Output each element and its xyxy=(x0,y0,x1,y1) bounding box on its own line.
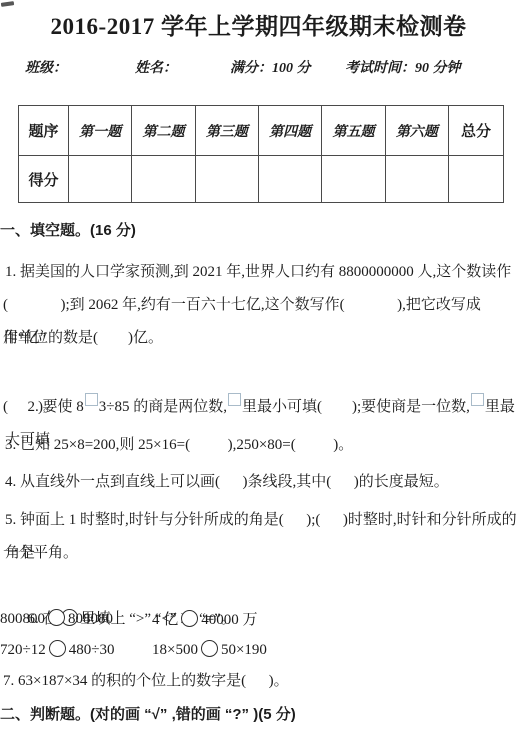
score-table-header-q1: 第一题 xyxy=(69,106,132,156)
name-label: 姓名： xyxy=(135,57,230,77)
page-title: 2016-2017 学年上学期四年级期末检测卷 xyxy=(0,8,517,41)
full-score-label: 满分：100 分 xyxy=(230,57,345,77)
exam-info-row: 班级： 姓名： 满分：100 分 考试时间：90 分钟 xyxy=(25,57,517,77)
score-table-header-row: 题序 第一题 第二题 第三题 第四题 第五题 第六题 总分 xyxy=(19,106,504,156)
score-table-header-q2: 第二题 xyxy=(132,106,195,156)
score-table-score-row: 得分 xyxy=(19,156,504,203)
compare-circle xyxy=(49,640,66,657)
question-5-line-1: 5. 钟面上 1 时整时,时针与分针所成的角是( );( )时整时,时针和分针所… xyxy=(5,504,517,537)
exam-time-label: 考试时间：90 分钟 xyxy=(345,57,461,77)
score-cell xyxy=(69,156,132,203)
comparison-left: 800800 xyxy=(0,611,45,627)
comparison-row-2: 720÷12480÷30 18×50050×190 xyxy=(0,634,517,665)
score-table-header-q3: 第三题 xyxy=(195,106,258,156)
question-2-text: 里最小可填( );要使商是一位数, xyxy=(242,399,470,415)
question-1-line-2: ( );到 2062 年,约有一百六十七亿,这个数写作( ),把它改写成用“亿” xyxy=(3,289,517,322)
question-1-line-3: 作单位的数是( )亿。 xyxy=(3,322,517,355)
score-cell xyxy=(385,156,448,203)
comparison-right: 808080 xyxy=(68,611,113,627)
questions-area: 一、填空题。(16 分) 1. 据美国的人口学家预测,到 2021 年,世界人口… xyxy=(0,220,517,726)
question-1-line-1: 1. 据美国的人口学家预测,到 2021 年,世界人口约有 8800000000… xyxy=(5,256,517,289)
score-table: 题序 第一题 第二题 第三题 第四题 第五题 第六题 总分 得分 xyxy=(18,105,504,203)
question-7: 7. 63×187×34 的积的个位上的数字是( )。 xyxy=(3,665,517,698)
compare-circle xyxy=(48,609,65,626)
comparison-item: 18×50050×190 xyxy=(152,640,267,659)
comparison-item: 720÷12480÷30 xyxy=(0,640,152,659)
question-2-line-1: 2. 要使 83÷85 的商是两位数,里最小可填( );要使商是一位数,里最大可… xyxy=(5,358,517,391)
comparison-right: 50×190 xyxy=(221,642,267,658)
score-table-header-total: 总分 xyxy=(449,106,504,156)
comparison-left: 4 亿 xyxy=(152,612,178,628)
score-table-header-q4: 第四题 xyxy=(258,106,321,156)
score-table-header-q6: 第六题 xyxy=(385,106,448,156)
class-label: 班级： xyxy=(25,57,135,77)
comparison-item: 4 亿40000 万 xyxy=(152,608,258,629)
comparison-right: 480÷30 xyxy=(69,642,115,658)
section2-heading: 二、判断题。(对的画 “√” ,错的画 “?” )(5 分) xyxy=(0,704,517,726)
section1-heading: 一、填空题。(16 分) xyxy=(0,220,517,242)
exam-paper-page: 2016-2017 学年上学期四年级期末检测卷 班级： 姓名： 满分：100 分… xyxy=(0,0,517,732)
answer-box xyxy=(228,393,241,406)
answer-box xyxy=(85,393,98,406)
question-5-line-2: 一个平角。 xyxy=(3,537,517,570)
compare-circle xyxy=(201,640,218,657)
score-cell xyxy=(195,156,258,203)
score-table-header-tixu: 题序 xyxy=(19,106,69,156)
score-cell xyxy=(132,156,195,203)
comparison-left: 18×500 xyxy=(152,642,198,658)
score-cell xyxy=(449,156,504,203)
question-4: 4. 从直线外一点到直线上可以画( )条线段,其中( )的长度最短。 xyxy=(5,466,517,499)
score-cell xyxy=(258,156,321,203)
comparison-right: 40000 万 xyxy=(201,612,257,628)
question-2-text: 3÷85 的商是两位数, xyxy=(99,399,227,415)
score-row-label: 得分 xyxy=(19,156,69,203)
question-6: 6. 在里填上 “>” “<” 或 “=”。 xyxy=(5,570,517,603)
question-3: 3. 已知 25×8=200,则 25×16=( ),250×80=( )。 xyxy=(5,429,517,462)
compare-circle xyxy=(181,610,198,627)
answer-box xyxy=(471,393,484,406)
scan-artifact-mark xyxy=(1,1,14,7)
score-table-header-q5: 第五题 xyxy=(322,106,385,156)
score-cell xyxy=(322,156,385,203)
comparison-item: 800800808080 xyxy=(0,609,152,628)
comparison-left: 720÷12 xyxy=(0,642,46,658)
